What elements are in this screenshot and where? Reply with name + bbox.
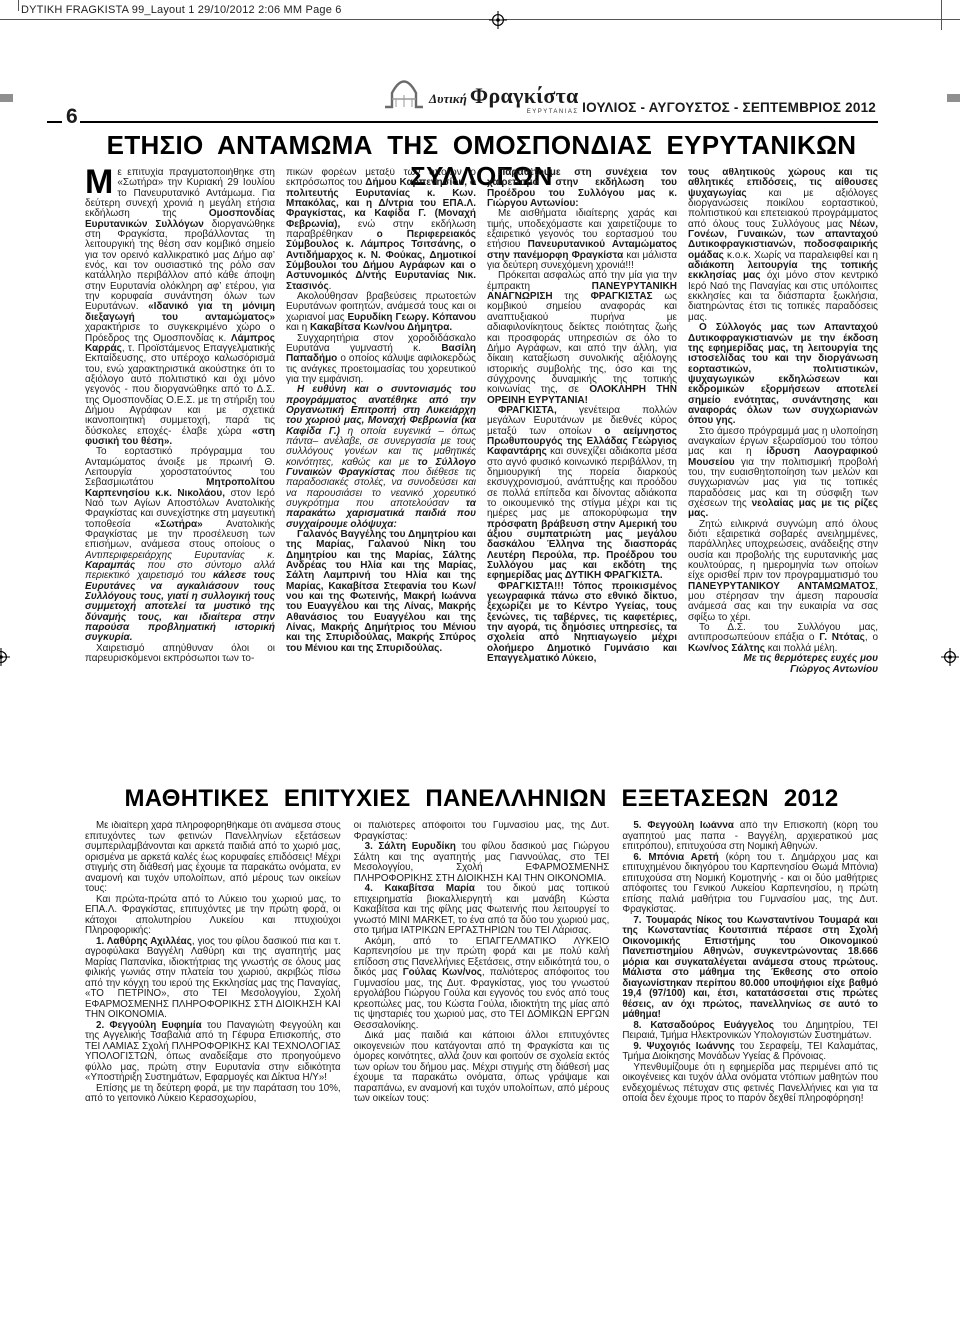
top-crop-rule [0, 19, 960, 20]
paragraph: 1. Λαθύρης Αχιλλέας, γιος του φίλου δασι… [85, 937, 341, 1021]
article2-column-1: Με ιδιαίτερη χαρά πληροφορηθήκαμε ότι αν… [85, 821, 341, 1263]
paragraph: Ο Σύλλογός μας των Απανταχού Δυτικοφραγκ… [688, 323, 878, 426]
paragraph: Ζητώ ειλικρινά συγνώμη από όλους διότι ε… [688, 520, 878, 623]
paragraph: Παραθέτουμε στη συνέχεια τον χαιρετισμό … [487, 168, 677, 209]
masthead-logo: ΔυτικήΦραγκίστα ΕΥΡΥΤΑΝΙΑΣ [383, 78, 579, 115]
logo-subtitle: ΕΥΡΥΤΑΝΙΑΣ [429, 109, 579, 115]
registration-mark-icon [0, 648, 10, 666]
article2-title: ΜΑΘΗΤΙΚΕΣ ΕΠΙΤΥΧΙΕΣ ΠΑΝΕΛΛΗΝΙΩΝ ΕΞΕΤΑΣΕΩ… [85, 785, 878, 813]
paragraph: 4. Κακαβίτσα Μαρία του δικού μας τοπικού… [354, 884, 610, 937]
paragraph: Συγχαρητήρια στον χοροδιδάσκαλο Ευρυτάνα… [286, 334, 476, 386]
article2-body: Με ιδιαίτερη χαρά πληροφορηθήκαμε ότι αν… [85, 821, 878, 1263]
crop-mark-top-right [941, 0, 942, 30]
page-number-dash [47, 121, 62, 123]
paragraph: Το Δ.Σ. του Συλλόγου μας, αντιπροσωπεύου… [688, 623, 878, 654]
paragraph: Γαλανός Βαγγέλης του Δημητρίου και της Μ… [286, 530, 476, 654]
drop-cap: Μ [85, 168, 117, 195]
paragraph: Δικά μας παιδιά και κάποιοι άλλοι επιτυχ… [354, 1031, 610, 1105]
masthead-rule [80, 121, 878, 123]
registration-mark-icon [489, 11, 507, 29]
paragraph: Ακολούθησαν βραβεύσεις πρωτοετών Ευρυτάν… [286, 292, 476, 333]
print-header: DYTIKH FRAGKISTA 99_Layout 1 29/10/2012 … [21, 4, 342, 16]
page-number: 6 [66, 105, 78, 129]
paragraph: 7. Τουμαράς Νίκος του Κωνσταντίνου Τουμα… [622, 916, 878, 1021]
article1-column-4: τους αθλητικούς χώρους και τις αθλητικές… [688, 168, 878, 784]
paragraph: 9. Ψυχογιός Ιωάννης του Σεραφείμ, ΤΕΙ Κα… [622, 1042, 878, 1063]
paragraph: Πρόκειται ασφαλώς από την μία για την έμ… [487, 271, 677, 405]
paragraph: Και πρώτα-πρώτα από το Λύκειο του χωριού… [85, 895, 341, 937]
paragraph: Επίσης με τη δεύτερη φορά, με την παράτα… [85, 1084, 341, 1105]
paragraph: Με ιδιαίτερη χαρά πληροφορηθήκαμε ότι αν… [85, 821, 341, 895]
article1-column-1: Με επιτυχία πραγματοποιήθηκε στη «Σωτήρα… [85, 168, 275, 784]
registration-mark-icon [941, 648, 959, 666]
article2-column-2: οι παλιότερες απόφοιτοι του Γυμνασίου μα… [354, 821, 610, 1263]
crop-mark-top-left [18, 0, 19, 11]
paragraph: ΦΡΑΓΚΙΣΤΑ, γενέτειρα πολλών μεγάλων Ευρυ… [487, 406, 677, 582]
paragraph: 8. Κατσαδούρος Ευάγγελος του Δημητρίου, … [622, 1021, 878, 1042]
paragraph: Ακόμη, από το ΕΠΑΓΓΕΛΜΑΤΙΚΟ ΛΥΚΕΙΟ Καρπε… [354, 937, 610, 1032]
paragraph: Η ευθύνη και ο συντονισμός του προγράμμα… [286, 385, 476, 530]
paragraph: Με επιτυχία πραγματοποιήθηκε στη «Σωτήρα… [85, 168, 275, 447]
paragraph: Υπενθυμίζουμε ότι η εφημερίδα μας περιμέ… [622, 1063, 878, 1105]
paragraph: οι παλιότερες απόφοιτοι του Γυμνασίου μα… [354, 821, 610, 842]
paragraph: Χαιρετισμό απηύθυναν όλοι οι παρευρισκόμ… [85, 644, 275, 665]
paragraph: Γιώργος Αντωνίου [688, 665, 878, 675]
paragraph: πικών φορέων μεταξύ των οποίων ο εκπρόσω… [286, 168, 476, 292]
newspaper-page: DYTIKH FRAGKISTA 99_Layout 1 29/10/2012 … [0, 0, 960, 1317]
color-bar-left [0, 94, 13, 102]
logo-script-word: Δυτική [429, 91, 467, 106]
paragraph: 5. Φεγγούλη Ιωάννα από την Επισκοπή (κόρ… [622, 821, 878, 853]
paragraph: Στο άμεσο πρόγραμμά μας η υλοποίηση αναγ… [688, 427, 878, 520]
article1-column-3: Παραθέτουμε στη συνέχεια τον χαιρετισμό … [487, 168, 677, 784]
paragraph: 3. Σάλτη Ευρυδίκη του φίλου δασικού μας … [354, 842, 610, 884]
article2-column-3: 5. Φεγγούλη Ιωάννα από την Επισκοπή (κόρ… [622, 821, 878, 1263]
paragraph: 2. Φεγγούλη Ευφημία του Παναγιώτη Φεγγού… [85, 1021, 341, 1084]
paragraph: Το εορταστικό πρόγραμμα του Ανταμώματος … [85, 447, 275, 644]
logo-main-word: Φραγκίστα [470, 83, 579, 108]
paragraph: τους αθλητικούς χώρους και τις αθλητικές… [688, 168, 878, 323]
article1-column-2: πικών φορέων μεταξύ των οποίων ο εκπρόσω… [286, 168, 476, 784]
color-bar-right [947, 94, 960, 102]
paragraph: ΦΡΑΓΚΙΣΤΑ!!! Τόπος προικισμένος γεωγραφι… [487, 582, 677, 665]
paragraph: 6. Μπόνια Αρετή (κόρη του τ. Δημάρχου μα… [622, 853, 878, 916]
paragraph: Με αισθήματα ιδιαίτερης χαράς και τιμής,… [487, 209, 677, 271]
issue-date: ΙΟΥΛΙΟΣ - ΑΥΓΟΥΣΤΟΣ - ΣΕΠΤΕΜΒΡΙΟΣ 2012 [582, 100, 876, 115]
article1-body: Με επιτυχία πραγματοποιήθηκε στη «Σωτήρα… [85, 168, 878, 784]
bridge-logo-icon [383, 78, 425, 115]
